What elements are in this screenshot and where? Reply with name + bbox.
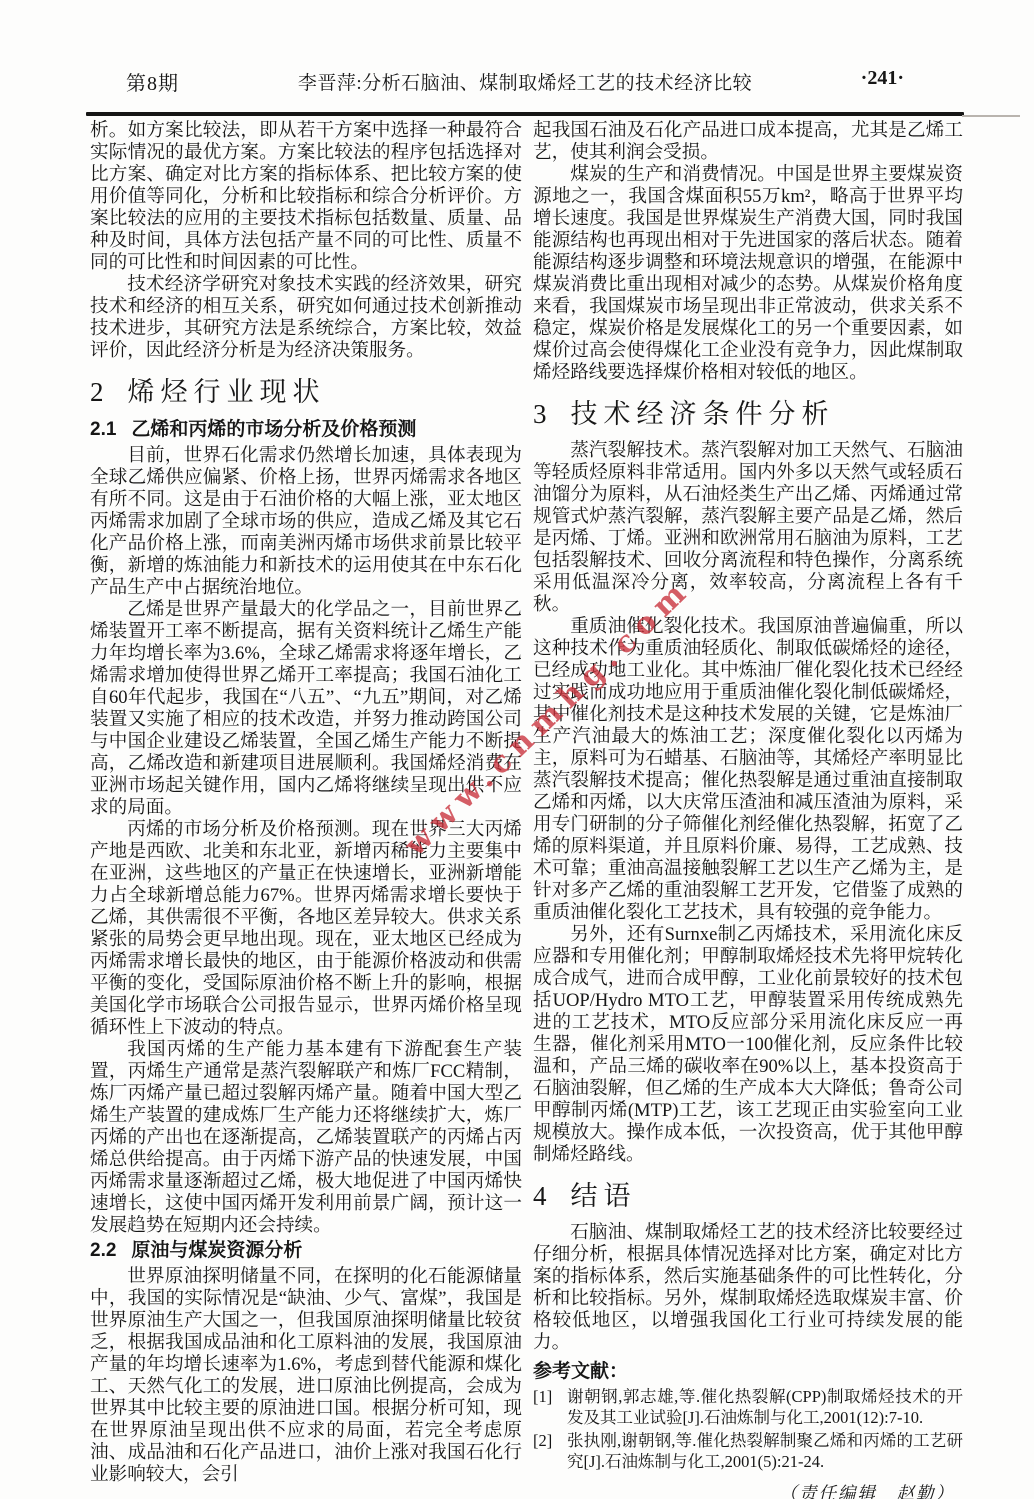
paragraph-continuation: 起我国石油及石化产品进口成本提高，尤其是乙烯工艺，使其利润会受损。: [533, 120, 963, 164]
paragraph-conclusion: 石脑油、煤制取烯烃工艺的技术经济比较要经过仔细分析，根据具体情况选择对比方案，确…: [533, 1222, 963, 1354]
page-number: ·241·: [861, 67, 904, 90]
references-heading: 参考文献：: [533, 1360, 963, 1384]
reference-number: [2]: [533, 1430, 567, 1472]
section-4-number: 4: [533, 1181, 547, 1211]
editor-note: （责任编辑 赵勤）: [533, 1482, 963, 1499]
paragraph-crude-oil: 世界原油探明储量不同，在探明的化石能源储量中，我国的实际情况是“缺油、少气、富煤…: [90, 1266, 522, 1486]
subsection-heading-2-1: 2.1乙烯和丙烯的市场分析及价格预测: [90, 418, 522, 442]
reference-item: [2] 张执刚,谢朝钢,等.催化热裂解制聚乙烯和丙烯的工艺研究[J].石油炼制与…: [533, 1430, 963, 1472]
paragraph-china-propylene: 我国丙烯的生产能力基本建有下游配套生产装置，丙烯生产通常是蒸汽裂解联产和炼厂FC…: [90, 1039, 522, 1237]
paragraph-steam-cracking: 蒸汽裂解技术。蒸汽裂解对加工天然气、石脑油等轻质烃原料非常适用。国内外多以天然气…: [533, 440, 963, 616]
paragraph-propylene: 丙烯的市场分析及价格预测。现在世界三大丙烯产地是西欧、北美和东北亚，新增丙稀能力…: [90, 819, 522, 1039]
paragraph-coal: 煤炭的生产和消费情况。中国是世界主要煤炭资源地之一，我国含煤面积55万km²，略…: [533, 164, 963, 384]
paragraph-tech-economics: 技术经济学研究对象技术实践的经济效果，研究技术和经济的相互关系，研究如何通过技术…: [90, 274, 522, 362]
subsection-2-1-number: 2.1: [90, 419, 116, 440]
section-2-title: 烯烃行业现状: [128, 377, 326, 407]
paragraph-mto-mtp: 另外，还有Surnxe制乙丙烯技术，采用流化床反应器和专用催化剂；甲醇制取烯烃技…: [533, 924, 963, 1166]
running-title: 李晋萍:分析石脑油、煤制取烯烃工艺的技术经济比较: [88, 68, 962, 95]
paragraph-continuation: 析。如方案比较法，即从若干方案中选择一种最符合实际情况的最优方案。方案比较法的程…: [90, 120, 522, 274]
reference-number: [1]: [533, 1386, 567, 1428]
header-rule: [86, 112, 964, 116]
reference-text: 张执刚,谢朝钢,等.催化热裂解制聚乙烯和丙烯的工艺研究[J].石油炼制与化工,2…: [567, 1430, 963, 1472]
subsection-2-1-title: 乙烯和丙烯的市场分析及价格预测: [131, 419, 416, 440]
paragraph-ethylene: 乙烯是世界产量最大的化学品之一，目前世界乙烯装置开工率不断提高，据有关资料统计乙…: [90, 599, 522, 819]
section-2-number: 2: [90, 377, 104, 407]
section-heading-3: 3技术经济条件分析: [533, 397, 963, 431]
reference-item: [1] 谢朝钢,郭志雄,等.催化热裂解(CPP)制取烯烃技术的开发及其工业试验[…: [533, 1386, 963, 1428]
section-4-title: 结语: [571, 1181, 637, 1211]
subsection-2-2-title: 原油与煤炭资源分析: [131, 1240, 302, 1261]
right-column: 起我国石油及石化产品进口成本提高，尤其是乙烯工艺，使其利润会受损。 煤炭的生产和…: [533, 120, 963, 1499]
section-heading-2: 2烯烃行业现状: [90, 375, 522, 409]
paragraph-heavy-oil-fcc: 重质油催化裂化技术。我国原油普遍偏重，所以这种技术作为重质油轻质化、制取低碳烯烃…: [533, 616, 963, 924]
subsection-2-2-number: 2.2: [90, 1240, 116, 1261]
section-3-title: 技术经济条件分析: [571, 399, 835, 429]
subsection-heading-2-2: 2.2原油与煤炭资源分析: [90, 1239, 522, 1263]
reference-text: 谢朝钢,郭志雄,等.催化热裂解(CPP)制取烯烃技术的开发及其工业试验[J].石…: [567, 1386, 963, 1428]
paragraph-market-overview: 目前，世界石化需求仍然增长加速，具体表现为全球乙烯供应偏紧、价格上扬，世界丙烯需…: [90, 445, 522, 599]
scanned-paper-page: 第8期 李晋萍:分析石脑油、煤制取烯烃工艺的技术经济比较 ·241· 析。如方案…: [0, 0, 1034, 1499]
section-heading-4: 4结语: [533, 1179, 963, 1213]
scan-speck: [953, 552, 957, 556]
running-head: 第8期 李晋萍:分析石脑油、煤制取烯烃工艺的技术经济比较 ·241·: [88, 64, 962, 94]
section-3-number: 3: [533, 399, 547, 429]
left-column: 析。如方案比较法，即从若干方案中选择一种最符合实际情况的最优方案。方案比较法的程…: [90, 120, 522, 1486]
header-rule-faint-extension: [962, 115, 1020, 117]
